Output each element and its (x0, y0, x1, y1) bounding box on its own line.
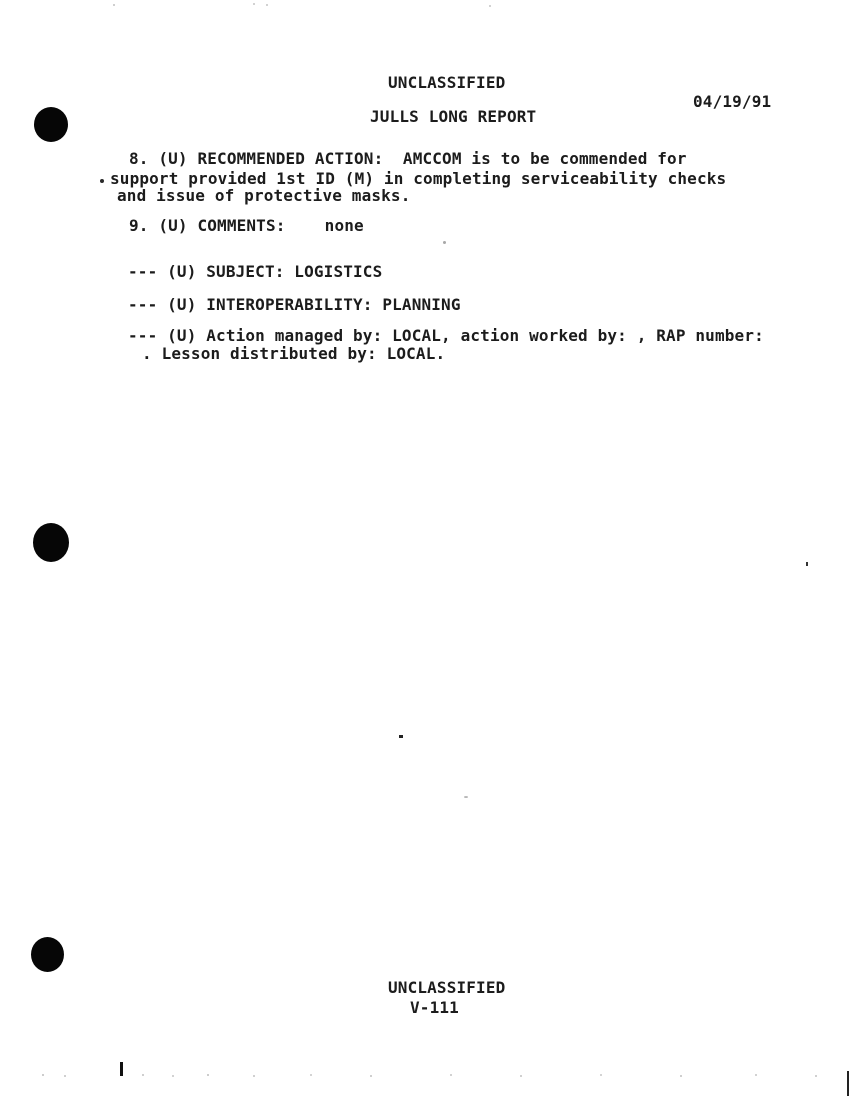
scan-speck (64, 1075, 66, 1077)
body-line-interoperability: --- (U) INTEROPERABILITY: PLANNING (128, 297, 461, 313)
scan-speck (520, 1075, 522, 1077)
scan-speck (253, 1075, 255, 1077)
body-line-subject: --- (U) SUBJECT: LOGISTICS (128, 264, 382, 280)
scan-speck (370, 1075, 372, 1077)
scan-speck (100, 179, 104, 183)
scan-speck (253, 3, 255, 5)
body-line-recommended-action: 8. (U) RECOMMENDED ACTION: AMCCOM is to … (129, 151, 687, 167)
hole-punch-bottom (31, 937, 64, 972)
classification-marking-bottom: UNCLASSIFIED (388, 980, 505, 996)
scan-speck (310, 1074, 312, 1076)
body-line-action-managed: --- (U) Action managed by: LOCAL, action… (128, 328, 764, 344)
scan-speck (815, 1075, 817, 1077)
body-line-recommended-action-cont1: support provided 1st ID (M) in completin… (110, 171, 726, 187)
report-title: JULLS LONG REPORT (370, 109, 536, 125)
body-line-comments: 9. (U) COMMENTS: none (129, 218, 364, 234)
scan-speck (399, 735, 403, 738)
scan-speck (464, 796, 468, 798)
scan-edge-line (847, 1071, 849, 1096)
scan-speck (172, 1075, 174, 1077)
scan-speck (443, 241, 446, 244)
body-line-lesson-distributed: . Lesson distributed by: LOCAL. (142, 346, 445, 362)
scan-speck (806, 562, 808, 566)
hole-punch-middle (33, 523, 69, 562)
scan-speck (207, 1074, 209, 1076)
scan-speck (755, 1074, 757, 1076)
scan-speck (600, 1074, 602, 1076)
scan-speck (680, 1075, 682, 1077)
scan-speck (450, 1074, 452, 1076)
hole-punch-top (34, 107, 68, 142)
scan-speck (489, 5, 491, 7)
scan-speck (142, 1074, 144, 1076)
page-number: V-111 (410, 1000, 459, 1016)
body-line-recommended-action-cont2: and issue of protective masks. (117, 188, 410, 204)
scanned-document-page: UNCLASSIFIED 04/19/91 JULLS LONG REPORT … (0, 0, 850, 1096)
scan-speck (42, 1074, 44, 1076)
classification-marking-top: UNCLASSIFIED (388, 75, 505, 91)
scan-tick-mark (120, 1062, 123, 1076)
report-date: 04/19/91 (693, 94, 771, 110)
scan-speck (266, 4, 268, 6)
scan-speck (113, 4, 115, 6)
